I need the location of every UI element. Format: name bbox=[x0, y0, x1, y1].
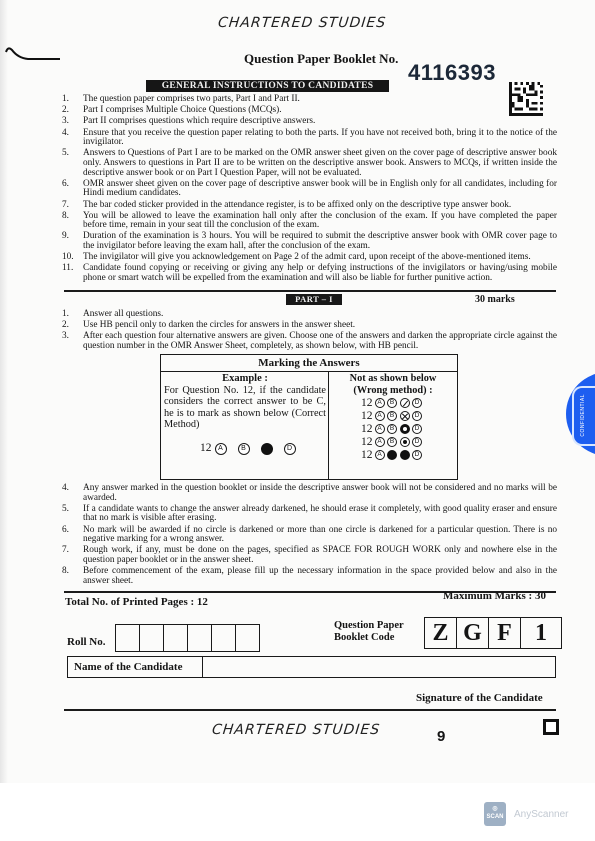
general-instructions-heading: General Instructions to Candidates bbox=[146, 80, 389, 92]
instruction-item: 5.Answers to Questions of Part I are to … bbox=[62, 149, 557, 178]
option-d-bubble: D bbox=[412, 437, 422, 447]
option-a-bubble: A bbox=[375, 424, 385, 434]
roll-digit-box[interactable] bbox=[116, 625, 140, 651]
roll-digit-box[interactable] bbox=[212, 625, 236, 651]
wrong-title: Not as shown below bbox=[329, 373, 457, 385]
question-number: 12 bbox=[200, 443, 212, 455]
question-number: 12 bbox=[361, 410, 373, 422]
option-a-bubble: A bbox=[375, 437, 385, 447]
instruction-number: 3. bbox=[62, 332, 83, 351]
booklet-number: 4116393 bbox=[408, 60, 496, 86]
option-d-bubble: D bbox=[412, 424, 422, 434]
option-c-ringed-bubble bbox=[400, 424, 410, 434]
instruction-text: OMR answer sheet given on the cover page… bbox=[83, 180, 557, 199]
instruction-item: 3.Part II comprises questions which requ… bbox=[62, 117, 557, 127]
seal-text: CONFIDENTIAL bbox=[580, 394, 586, 437]
option-d-bubble: D bbox=[284, 443, 296, 455]
part-one-badge: PART – I bbox=[286, 294, 342, 305]
scanner-watermark: ◎SCAN AnyScanner bbox=[484, 802, 568, 826]
option-c-crossed-bubble bbox=[400, 411, 410, 421]
instruction-number: 8. bbox=[62, 212, 83, 231]
total-printed-pages: Total No. of Printed Pages : 12 bbox=[65, 596, 208, 608]
option-c-filled-bubble bbox=[400, 450, 410, 460]
instruction-item: 8.You will be allowed to leave the exami… bbox=[62, 212, 557, 231]
instruction-text: If a candidate wants to change the answe… bbox=[83, 505, 557, 524]
option-d-bubble: D bbox=[412, 450, 422, 460]
maximum-marks: Maximum Marks : 30 bbox=[443, 590, 546, 602]
question-number: 12 bbox=[361, 436, 373, 448]
instruction-number: 6. bbox=[62, 526, 83, 545]
part-one-marks: 30 marks bbox=[475, 294, 515, 305]
option-c-ticked-bubble bbox=[400, 398, 410, 408]
wrong-subtitle: (Wrong method) : bbox=[329, 385, 457, 397]
booklet-code-label-line2: Booklet Code bbox=[334, 632, 404, 644]
part-one-more-instructions: 4.Any answer marked in the question book… bbox=[62, 484, 557, 588]
instruction-text: The question paper comprises two parts, … bbox=[83, 95, 557, 105]
instruction-text: Before commencement of the exam, please … bbox=[83, 567, 557, 586]
option-a-bubble: A bbox=[215, 443, 227, 455]
general-instructions-list: 1.The question paper comprises two parts… bbox=[62, 95, 557, 285]
roll-digit-box[interactable] bbox=[164, 625, 188, 651]
instruction-text: Any answer marked in the question bookle… bbox=[83, 484, 557, 503]
marking-table-title: Marking the Answers bbox=[161, 355, 457, 372]
instruction-item: 6.OMR answer sheet given on the cover pa… bbox=[62, 180, 557, 199]
roll-no-field[interactable] bbox=[115, 624, 260, 652]
instruction-number: 4. bbox=[62, 484, 83, 503]
scan-app-icon: ◎SCAN bbox=[484, 802, 506, 826]
instruction-item: 5.If a candidate wants to change the ans… bbox=[62, 505, 557, 524]
roll-no-label: Roll No. bbox=[67, 636, 106, 648]
marking-answers-table: Marking the Answers Example : For Questi… bbox=[160, 354, 458, 480]
instruction-number: 7. bbox=[62, 201, 83, 211]
instruction-item: 1.Answer all questions. bbox=[62, 310, 557, 320]
instruction-text: Part II comprises questions which requir… bbox=[83, 117, 557, 127]
booklet-code-char: F bbox=[489, 618, 521, 648]
wrong-omr-example: 12ABD bbox=[361, 436, 457, 449]
wrong-omr-example: 12ABD bbox=[361, 422, 457, 435]
instruction-text: Answer all questions. bbox=[83, 310, 557, 320]
instruction-item: 9.Duration of the examination is 3 hours… bbox=[62, 232, 557, 251]
registration-square-icon bbox=[543, 719, 559, 735]
pen-stroke-mark bbox=[4, 44, 62, 62]
instruction-number: 7. bbox=[62, 546, 83, 565]
instruction-number: 3. bbox=[62, 117, 83, 127]
instruction-number: 8. bbox=[62, 567, 83, 586]
instruction-number: 9. bbox=[62, 232, 83, 251]
option-c-dotted-bubble bbox=[400, 437, 410, 447]
instruction-item: 2.Use HB pencil only to darken the circl… bbox=[62, 321, 557, 331]
instruction-text: Ensure that you receive the question pap… bbox=[83, 129, 557, 148]
instruction-text: Part I comprises Multiple Choice Questio… bbox=[83, 106, 557, 116]
instruction-item: 7.The bar coded sticker provided in the … bbox=[62, 201, 557, 211]
instruction-text: Candidate found copying or receiving or … bbox=[83, 264, 557, 283]
page-number: 9 bbox=[437, 728, 445, 745]
option-a-bubble: A bbox=[375, 398, 385, 408]
question-number: 12 bbox=[361, 423, 373, 435]
instruction-item: 10.The invigilator will give you acknowl… bbox=[62, 253, 557, 263]
instruction-number: 11. bbox=[62, 264, 83, 283]
signature-label: Signature of the Candidate bbox=[416, 692, 543, 704]
correct-omr-example: 12 A B D bbox=[200, 443, 326, 455]
instruction-text: Use HB pencil only to darken the circles… bbox=[83, 321, 557, 331]
option-a-bubble: A bbox=[375, 450, 385, 460]
scan-edge-shadow bbox=[0, 0, 8, 790]
instruction-item: 6.No mark will be awarded if no circle i… bbox=[62, 526, 557, 545]
booklet-code-char: Z bbox=[425, 618, 457, 648]
option-b-bubble: B bbox=[387, 437, 397, 447]
handwritten-note-bottom: CHARTERED STUDIES bbox=[211, 722, 381, 738]
roll-digit-box[interactable] bbox=[188, 625, 212, 651]
handwritten-note-top: CHARTERED STUDIES bbox=[217, 15, 387, 31]
divider bbox=[64, 709, 556, 711]
booklet-code-label-line1: Question Paper bbox=[334, 620, 404, 632]
booklet-code-char: 1 bbox=[521, 618, 561, 648]
instruction-number: 1. bbox=[62, 95, 83, 105]
booklet-code: Z G F 1 bbox=[424, 617, 562, 649]
question-number: 12 bbox=[361, 397, 373, 409]
instruction-number: 4. bbox=[62, 129, 83, 148]
example-title: Example : bbox=[164, 373, 326, 385]
confidential-seal-icon: CONFIDENTIAL bbox=[566, 372, 595, 456]
instruction-item: 11.Candidate found copying or receiving … bbox=[62, 264, 557, 283]
booklet-code-char: G bbox=[457, 618, 489, 648]
wrong-omr-example: 12ABD bbox=[361, 396, 457, 409]
instruction-number: 10. bbox=[62, 253, 83, 263]
candidate-name-field[interactable] bbox=[203, 657, 555, 677]
scan-icon-label: SCAN bbox=[484, 813, 506, 821]
wrong-omr-example: 12AD bbox=[361, 449, 457, 462]
instruction-number: 2. bbox=[62, 106, 83, 116]
instruction-item: 4.Ensure that you receive the question p… bbox=[62, 129, 557, 148]
instruction-item: 3.After each question four alternative a… bbox=[62, 332, 557, 351]
option-a-bubble: A bbox=[375, 411, 385, 421]
candidate-name-row: Name of the Candidate bbox=[67, 656, 556, 678]
instruction-text: You will be allowed to leave the examina… bbox=[83, 212, 557, 231]
example-description: For Question No. 12, if the candidate co… bbox=[164, 385, 326, 431]
option-b-bubble: B bbox=[238, 443, 250, 455]
instruction-text: Duration of the examination is 3 hours. … bbox=[83, 232, 557, 251]
option-b-bubble: B bbox=[387, 411, 397, 421]
instruction-item: 4.Any answer marked in the question book… bbox=[62, 484, 557, 503]
option-d-bubble: D bbox=[412, 411, 422, 421]
instruction-number: 1. bbox=[62, 310, 83, 320]
instruction-text: Rough work, if any, must be done on the … bbox=[83, 546, 557, 565]
instruction-text: Answers to Questions of Part I are to be… bbox=[83, 149, 557, 178]
roll-digit-box[interactable] bbox=[236, 625, 259, 651]
option-b-bubble: B bbox=[387, 398, 397, 408]
booklet-no-label: Question Paper Booklet No. bbox=[244, 51, 398, 67]
question-number: 12 bbox=[361, 449, 373, 461]
instruction-number: 5. bbox=[62, 149, 83, 178]
correct-method-example: Example : For Question No. 12, if the ca… bbox=[161, 372, 329, 480]
wrong-method-examples: Not as shown below (Wrong method) : 12AB… bbox=[329, 372, 457, 480]
candidate-name-label: Name of the Candidate bbox=[68, 657, 203, 677]
divider bbox=[64, 290, 556, 292]
instruction-text: The bar coded sticker provided in the at… bbox=[83, 201, 557, 211]
part-one-instructions: 1.Answer all questions.2.Use HB pencil o… bbox=[62, 310, 557, 353]
instruction-text: No mark will be awarded if no circle is … bbox=[83, 526, 557, 545]
option-d-bubble: D bbox=[412, 398, 422, 408]
scanner-app-name: AnyScanner bbox=[514, 809, 568, 820]
instruction-number: 2. bbox=[62, 321, 83, 331]
scanned-page: CHARTERED STUDIES Question Paper Booklet… bbox=[0, 0, 595, 790]
option-c-filled-bubble bbox=[261, 443, 273, 455]
instruction-number: 5. bbox=[62, 505, 83, 524]
instruction-item: 1.The question paper comprises two parts… bbox=[62, 95, 557, 105]
instruction-item: 7.Rough work, if any, must be done on th… bbox=[62, 546, 557, 565]
roll-digit-box[interactable] bbox=[140, 625, 164, 651]
option-b-filled-bubble bbox=[387, 450, 397, 460]
option-b-bubble: B bbox=[387, 424, 397, 434]
instruction-text: After each question four alternative ans… bbox=[83, 332, 557, 351]
instruction-item: 2.Part I comprises Multiple Choice Quest… bbox=[62, 106, 557, 116]
instruction-item: 8.Before commencement of the exam, pleas… bbox=[62, 567, 557, 586]
instruction-number: 6. bbox=[62, 180, 83, 199]
wrong-omr-example: 12ABD bbox=[361, 409, 457, 422]
instruction-text: The invigilator will give you acknowledg… bbox=[83, 253, 557, 263]
booklet-code-label: Question Paper Booklet Code bbox=[334, 620, 404, 643]
